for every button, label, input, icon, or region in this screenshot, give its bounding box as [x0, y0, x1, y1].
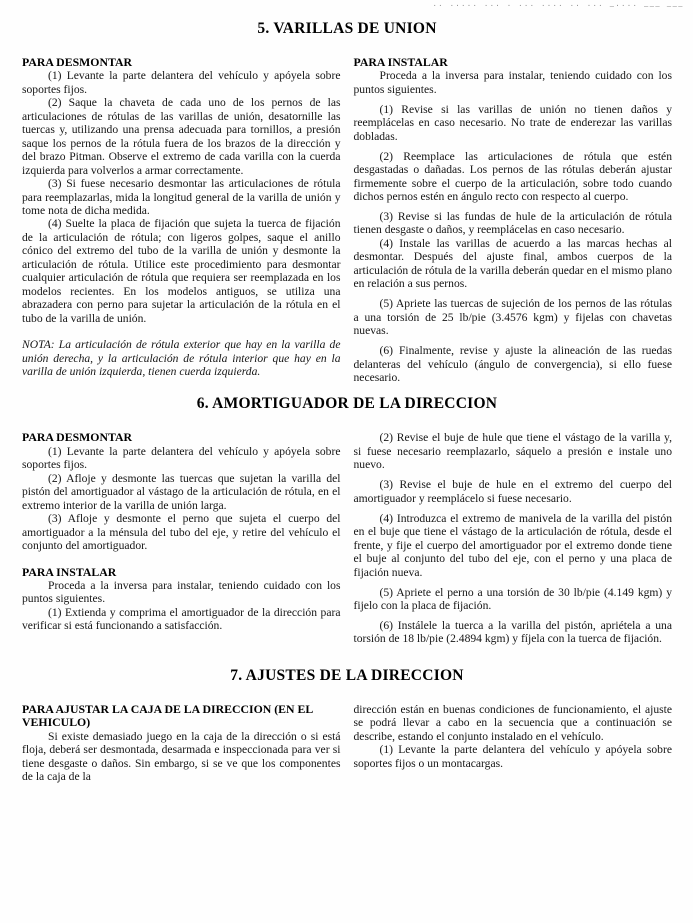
paragraph: (6) Instálele la tuerca a la varilla del…	[354, 619, 673, 646]
paragraph: (4) Introduzca el extremo de manivela de…	[354, 512, 673, 579]
paragraph: (3) Afloje y desmonte el perno que sujet…	[22, 512, 341, 552]
running-header-fragment: ·· ····· ··· · ··· ···· ·· ··· —···· ———…	[433, 2, 684, 10]
paragraph: dirección están en buenas condiciones de…	[354, 703, 673, 743]
section-title: 5. VARILLAS DE UNION	[22, 20, 672, 38]
right-column: dirección están en buenas condiciones de…	[354, 703, 673, 784]
subsection-heading: PARA INSTALAR	[22, 566, 341, 579]
paragraph: (2) Afloje y desmonte las tuercas que su…	[22, 472, 341, 512]
paragraph: (1) Levante la parte delantera del vehíc…	[354, 743, 673, 770]
two-column-layout: PARA DESMONTAR (1) Levante la parte dela…	[22, 431, 672, 645]
paragraph: (3) Revise el buje de hule en el extremo…	[354, 478, 673, 505]
paragraph: (5) Apriete las tuercas de sujeción de l…	[354, 297, 673, 337]
paragraph: (6) Finalmente, revise y ajuste la aline…	[354, 344, 673, 384]
paragraph: Si existe demasiado juego en la caja de …	[22, 730, 341, 784]
paragraph: Proceda a la inversa para instalar, teni…	[354, 69, 673, 96]
left-column: PARA DESMONTAR (1) Levante la parte dela…	[22, 56, 341, 384]
two-column-layout: PARA AJUSTAR LA CAJA DE LA DIRECCION (EN…	[22, 703, 672, 784]
paragraph: (3) Revise si las fundas de hule de la a…	[354, 210, 673, 237]
left-column: PARA DESMONTAR (1) Levante la parte dela…	[22, 431, 341, 645]
paragraph: (1) Revise si las varillas de unión no t…	[354, 103, 673, 143]
paragraph: (2) Reemplace las articulaciones de rótu…	[354, 150, 673, 204]
section-varillas-de-union: 5. VARILLAS DE UNION PARA DESMONTAR (1) …	[22, 20, 672, 384]
paragraph: (2) Revise el buje de hule que tiene el …	[354, 431, 673, 471]
paragraph: (4) Instale las varillas de acuerdo a la…	[354, 237, 673, 291]
paragraph: (1) Levante la parte delantera del vehíc…	[22, 445, 341, 472]
paragraph: (2) Saque la chaveta de cada uno de los …	[22, 96, 341, 177]
paragraph: Proceda a la inversa para instalar, teni…	[22, 579, 341, 606]
section-ajustes-direccion: 7. AJUSTES DE LA DIRECCION PARA AJUSTAR …	[22, 667, 672, 784]
paragraph: (1) Levante la parte delantera del vehíc…	[22, 69, 341, 96]
paragraph: (5) Apriete el perno a una torsión de 30…	[354, 586, 673, 613]
paragraph: (4) Suelte la placa de fijación que suje…	[22, 217, 341, 325]
right-column: (2) Revise el buje de hule que tiene el …	[354, 431, 673, 645]
page-content: 5. VARILLAS DE UNION PARA DESMONTAR (1) …	[0, 0, 693, 784]
section-title: 7. AJUSTES DE LA DIRECCION	[22, 667, 672, 685]
manual-page: ·· ····· ··· · ··· ···· ·· ··· —···· ———…	[0, 0, 693, 923]
right-column: PARA INSTALAR Proceda a la inversa para …	[354, 56, 673, 384]
section-title: 6. AMORTIGUADOR DE LA DIRECCION	[22, 395, 672, 413]
subsection-heading: PARA DESMONTAR	[22, 56, 341, 69]
subsection-heading: PARA INSTALAR	[354, 56, 673, 69]
subsection-heading: PARA DESMONTAR	[22, 431, 341, 444]
section-amortiguador-direccion: 6. AMORTIGUADOR DE LA DIRECCION PARA DES…	[22, 395, 672, 645]
subsection-heading: PARA AJUSTAR LA CAJA DE LA DIRECCION (EN…	[22, 703, 341, 730]
paragraph: (3) Si fuese necesario desmontar las art…	[22, 177, 341, 217]
note-paragraph: NOTA: La articulación de rótula exterior…	[22, 338, 341, 378]
left-column: PARA AJUSTAR LA CAJA DE LA DIRECCION (EN…	[22, 703, 341, 784]
paragraph: (1) Extienda y comprima el amortiguador …	[22, 606, 341, 633]
two-column-layout: PARA DESMONTAR (1) Levante la parte dela…	[22, 56, 672, 384]
